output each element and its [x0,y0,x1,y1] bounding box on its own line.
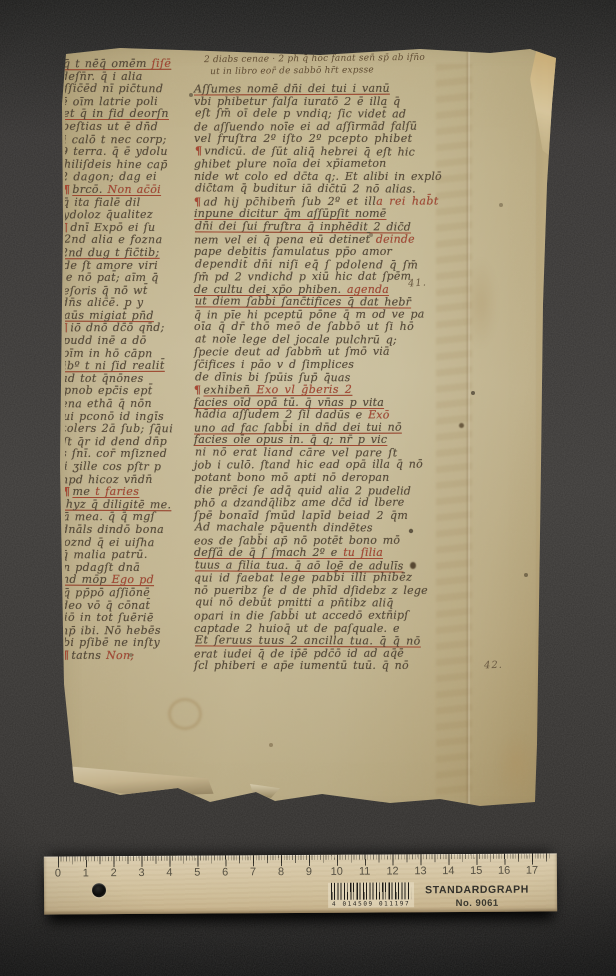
manuscript-line: q̄ pp̄pō aſſiōnē [65,587,191,600]
rubric-word: Exō [368,409,390,422]
left-text-column: q̄ t nēq̄ omēm ſiſēdeſn̄r. q̄ i aliaſſic… [65,58,191,670]
manuscript-line: i calō t nec corp; [65,133,191,146]
line-text: q̄ in pīe hi pceptū pōne q̄ m od ve pa [194,307,425,321]
torn-edge-fragment [250,784,280,798]
pilcrow-icon: ¶ [65,485,70,498]
cm-number: 10 [323,866,351,878]
manuscript-line: ſcl phiberi e ap̄e iumentū tuū. q̄ nō [194,660,434,673]
manuscript-line: q̄ malia patrū. [65,549,191,562]
cm-number: 15 [462,865,490,877]
manuscript-line: erat iudei q̄ de ip̄ē pdc̄ō id ad aq̄ē [194,647,434,661]
pilcrow-icon: ¶ [65,183,70,196]
line-text: ad hij pc̄hibem̄ ſub 2º et ill [203,195,376,209]
top-right-corner-fold [530,47,558,162]
line-text: q̄ ita fialē dil [65,195,141,208]
line-text: ſc̄ifices i pāo v d ſimplices [194,358,354,371]
manuscript-line: ē oīm latrie poli [65,95,191,108]
manuscript-line: opari in die ſabb̄i ut accedō extn̄ipſ [194,609,434,623]
cm-number: 3 [128,867,156,879]
manuscript-line: qui id faebat lege pabb̄i illi phibēz [194,572,434,586]
line-text: bi pſibē ne inſty [65,636,160,649]
ruler-brand: STANDARDGRAPH [422,884,532,897]
line-text: eſoris q̄ nō wt̄ [65,284,148,297]
line-text: oīa q̄ dr̄ thō meō de ſabbō ut ſi hō [194,320,414,333]
manuscript-page: 2 diabs cenae · 2 ph q̄ hoc fanat̄ sen̄ … [60,44,560,818]
page-fold-right-edge [536,44,560,818]
line-text: 2nd alia e fozna [65,233,163,247]
line-text: 2 dagon; dag ei [65,170,157,183]
ruler-brand-block: STANDARDGRAPH No. 9061 [422,884,532,910]
cm-number: 14 [434,865,462,877]
manuscript-line: q̄ in pīe hi pceptū pōne q̄ m od ve pa [194,308,434,322]
manuscript-line: ¶ad hij pc̄hibem̄ ſub 2º et illa rei hab… [194,195,434,209]
line-text: pudd inē a dō [65,334,147,347]
manuscript-line: i ʒille cos pſtr p [65,461,191,474]
line-text: uno ad fac ſabb̄i in dn̄d dei tui nō [194,420,402,434]
cm-number: 0 [44,867,72,879]
line-text: vel fruſtra 2º iſto 2º pcepto phibet [194,132,413,145]
manuscript-line: Aſſumes nomē dn̄i dei tui i vanū [194,82,434,96]
rubric-word: t faries [95,485,139,498]
manuscript-line: phō a dzandq̄libz ame dc̄d id lbere [194,497,434,511]
manuscript-line: ſt q̄r id dend dn̄p [65,436,191,449]
manuscript-line: eos de ſabb̄i ap̄ nō potēt bono mō [194,534,434,548]
line-text: hādia aſſudem 2 ſil dadūs e [195,408,368,422]
rubric-word: deinde [376,232,415,245]
pilcrow-icon: ¶ [194,195,202,208]
line-text: dnāls dindō bona [65,523,164,536]
folio-number-41: 41. [408,277,428,289]
line-text: ghibet plure noīa dei xp̄iameton [194,157,387,171]
manuscript-line: eſoris q̄ nō wt̄ [65,284,191,297]
pilcrow-icon: ¶ [194,384,202,397]
rubric-line-2: ut in libro eor̄ de sabbō hr̄t expsse [210,64,425,78]
line-text: ui pconō id ingīs [65,410,164,423]
line-text: defſā de q̄ ſ ſmach 2º e [194,546,343,559]
line-text: 2nd dug t fic̄tib; [65,246,160,259]
manuscript-line: ¶brcō. Non ac̄ōi [65,184,191,197]
cm-number: 9 [295,866,323,878]
manuscript-line: q̄ t nēq̄ omēm ſiſē [65,58,191,71]
line-text: dnī Expō ei ſu [70,221,155,234]
cm-number: 1 [72,867,100,879]
line-text: tatns [71,649,106,662]
pilcrow-icon: ¶ [195,144,202,157]
manuscript-line: uno ad fac ſabb̄i in dn̄d dei tui nō [194,421,434,435]
line-text: deo vō q̄ cōnat̄ [65,599,150,612]
cm-number: 12 [379,865,407,877]
cm-number: 6 [211,866,239,878]
line-text: phō a dzandq̄libz ame dc̄d id lbere [194,496,405,510]
cm-number: 5 [183,867,211,879]
line-text: ā mea. q̄ q̄ mgſ [65,510,155,523]
line-text: eos de ſabb̄i ap̄ nō potēt bono mō [194,533,400,547]
line-text: ſpecie deut ad ſabbm̄ ut ſmō viā [194,345,390,359]
rubric-word: a rei hab̄t [376,194,439,207]
manuscript-line: ſpecie deut ad ſabbm̄ ut ſmō viā [194,346,434,360]
line-text: iō dnō dc̄ō qn̄d; [70,321,164,334]
line-text: inpune dicitur q̄m aſſūpſit nomē [194,207,386,220]
line-text: Ad machale pq̄uenth dindētes [195,521,373,535]
manuscript-line: beſtias ut ē dn̄d [65,121,191,134]
main-text-column: Aſſumes nomē dn̄i dei tui i vanūvbi phib… [194,83,434,677]
line-text: oznd q̄ ei uiſha [65,535,155,548]
line-text: pīm in hō cāpn [65,346,153,359]
header-rubric: 2 diabs cenae · 2 ph q̄ hoc fanat̄ sen̄ … [204,52,425,78]
line-text: i calō t nec corp; [65,132,167,145]
manuscript-line: ena ethā q̄ nōn [65,398,191,411]
line-text: q̄ t nēq̄ omēm [65,58,152,70]
photo-stage: 2 diabs cenae · 2 ph q̄ hoc fanat̄ sen̄ … [0,0,616,976]
line-text: qui nō debūt pmitti a pn̄tibz aliq̄ [195,596,394,610]
ruler: 01234567891011121314151617 4 014509 0111… [44,853,557,914]
cm-number: 17 [518,865,546,877]
line-text: pape debitis famulatus pp̄o amor [194,245,392,258]
line-text: Et ſeruus tuus 2 ancilla tua. q̄ q̄ nō [195,633,421,647]
rubric-word: tu ſilia [343,546,383,559]
folio-number-42: 42. [484,660,503,672]
line-text: ut diem ſabb̄i ſanc̄tifices q̄ dat hebr̄ [195,295,411,309]
line-text: 9 terra. q̄ ē ydolu [65,145,168,158]
rubric-word: Non; [106,649,135,662]
cm-number: 11 [351,866,379,878]
line-text: exhiben̄ [203,383,256,396]
line-text: npd hicoz vn̄dn̄ [65,472,153,485]
rubric-word: Ego pd [112,573,154,586]
line-text: q̄ malia patrū. [65,548,148,561]
cm-number: 8 [267,866,295,878]
parchment-stain [496,732,536,796]
line-text: iō in tot ſuēriē [65,611,154,624]
manuscript-line: ¶tatns Non; [65,650,191,663]
vertical-crease [466,44,470,804]
manuscript-line: job i culō. ſtand hic ead opā illa q̄ nō [194,459,434,473]
ruler-barcode: 4 014509 011197 [328,882,414,908]
cm-number: 2 [100,867,128,879]
rubric-word: Exo vl ḡberis 2 [256,383,352,396]
line-text: nd mōp [65,573,112,586]
manuscript-line: np̄ ibi. Nō hebēs [65,624,191,637]
ruler-model-number: No. 9061 [422,898,532,910]
line-text: ſm̄ pd 2 vndichd p xiū hic dat ſpēm [194,270,411,284]
rubric-word: Non ac̄ōi [108,183,162,196]
line-text: ſſic̄ēd nī pic̄tund [65,82,163,96]
manuscript-line: nem vel ei q̄ pena eū detinet̄ deinde [194,233,434,247]
cm-number: 13 [406,865,434,877]
line-text: beſtias ut ē dn̄d [65,120,158,134]
cm-number: 7 [239,866,267,878]
torn-bottom-edge-flap [62,758,215,798]
ruler-hanging-hole [92,883,106,897]
pilcrow-icon: ¶ [65,322,68,335]
line-text: nem vel ei q̄ pena eū detinet̄ [194,232,376,246]
manuscript-line: ¶iō dnō dc̄ō qn̄d; [65,322,191,335]
line-text: de ſt̄ amore viri [65,259,158,272]
rubric-word: agenda [347,283,389,296]
line-text: ena ethā q̄ nōn [65,397,152,410]
line-text: pnob epc̄is ept̄ [65,384,153,397]
manuscript-line: npd hicoz vn̄dn̄ [65,473,191,486]
line-text: q̄ pp̄pō aſſiōnē [65,586,150,599]
manuscript-line: ghibet plure noīa dei xp̄iameton [194,158,434,172]
line-text: et q̄ in fid deorſn [65,107,169,120]
manuscript-line: pudd inē a dō [65,335,191,348]
line-text: ie nō pat̄; aīm q̄ [65,271,159,285]
line-text: job i culō. ſtand hic ead opā illa q̄ nō [194,458,423,472]
dirt-specks [70,54,72,56]
pilcrow-icon: ¶ [65,649,69,662]
cm-number: 4 [155,867,183,879]
line-text: tolers 2ā ſub; ſq̄ui [65,422,173,436]
manuscript-line: 2 dagon; dag ei [65,171,191,184]
line-text: dn̄s alic̄ē. p y [65,296,144,309]
manuscript-line: ydoloz q̄ualitez [65,209,191,222]
line-text: brcō. [72,183,107,196]
ruler-scale-numbers: 01234567891011121314151617 [44,865,546,880]
barcode-bars [331,882,411,899]
line-text: lhyz q̄ diligitē me. [65,497,171,511]
line-text: de dīnis bi ſpūis ſup̄ q̄uas [195,370,351,384]
line-text: deſn̄r. q̄ i alia [65,70,143,83]
line-text: ē oīm latrie poli [65,95,158,108]
manuscript-line: ¶exhiben̄ Exo vl ḡberis 2 [194,384,434,398]
line-text: ibº t ni ſid realit̄ [65,359,165,372]
line-text: np̄ ibi. Nō hebēs [65,624,161,637]
line-text: s ſnī. cor̄ mſizned [65,447,167,460]
line-text: i ʒille cos pſtr p [65,460,161,474]
line-text: ſt q̄r id dend dn̄p [65,435,167,448]
line-text: erat iudei q̄ de ip̄ē pdc̄ō id ad aq̄ē [194,646,404,660]
barcode-digits: 4 014509 011197 [328,900,414,908]
manuscript-line: ibº t ni ſid realit̄ [65,360,191,373]
cm-number: 16 [490,865,518,877]
line-text: qui id faebat lege pabb̄i illi phibēz [194,571,412,585]
line-text: potant bono mō apti nō deropan [194,471,389,484]
ring-stain [168,698,202,730]
line-text: opari in die ſabb̄i ut accedō extn̄ipſ [194,609,409,623]
line-text: ſcl phiberi e ap̄e iumentū tuū. q̄ nō [194,659,409,672]
manuscript-line: ā mea. q̄ q̄ mgſ [65,511,191,524]
manuscript-line: de aſſuendo noīe ei ad aſſirmād falſū [194,120,434,134]
line-text: facies oīe opus in. q̄ q; nr̄ p vic [194,433,387,446]
line-text: me [72,485,95,498]
manuscript-line: ſm̄ pd 2 vndichd p xiū hic dat ſpēm [194,271,434,285]
manuscript-line: dnāls dindō bona [65,524,191,537]
line-text: Aſſumes nomē dn̄i dei tui i vanū [194,82,390,96]
line-text: dn̄i dei ſui fruſtra q̄ inphēdit 2 dic̄d [195,219,411,233]
rubric-word: ſiſē [152,58,172,70]
line-text: ydoloz q̄ualitez [65,208,153,221]
line-text: eſt ſm̄ oī dele p vndiq; ſic videt̄ ad [195,106,406,120]
manuscript-line: 2nd dug t fic̄tib; [65,247,191,260]
line-text: de aſſuendo noīe ei ad aſſirmād falſū [194,119,417,133]
